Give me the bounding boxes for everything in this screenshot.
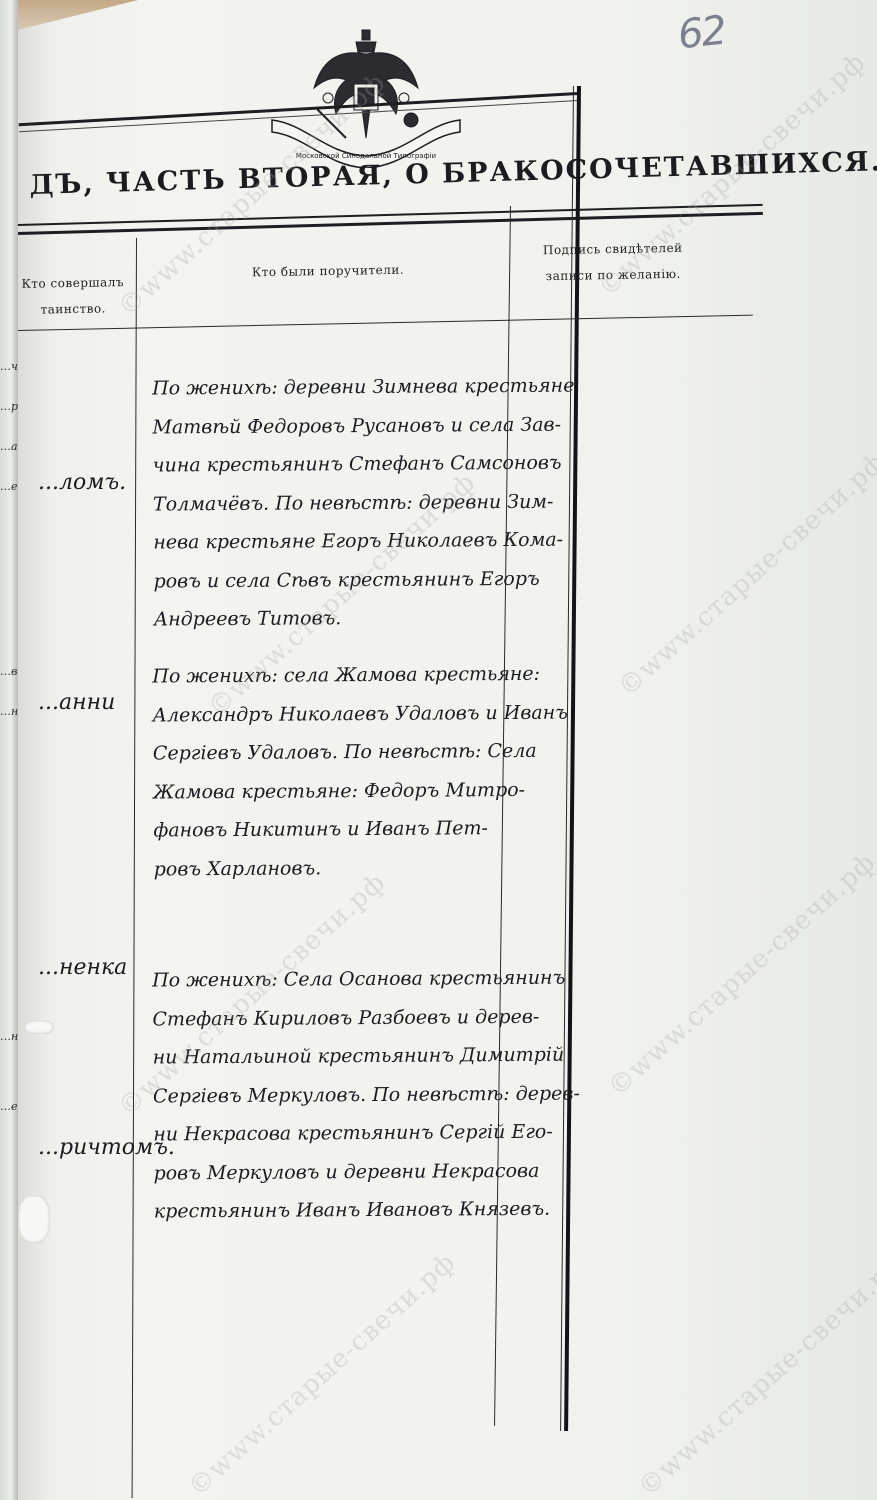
previous-page-fragment: …рбв [0,400,18,413]
officiant-note: ...анни [38,690,115,715]
watermark: ©www.старые-свечи.рф [633,1247,877,1500]
column-header-officiant: Кто совершалъ таинство. [18,269,129,323]
guarantor-entry-1: По женихѣ: деревни Зимнева крестьяне Мат… [152,367,584,639]
register-page: 62 Московской Синодальной Типографіи ДЪ,… [18,0,877,1500]
guarantor-entry-2: По женихѣ: села Жамова крестьяне: Алекса… [152,655,584,889]
previous-page-fragment: …еса [0,1100,18,1113]
previous-page-edge: …чно …рбв …ано …ест …вдо …ня …на …еса [0,0,18,1500]
previous-page-fragment: …ано [0,440,18,453]
column-header-witness-signatures: Подпись свидѣтелей записи по желанію. [518,234,709,289]
page-number: 62 [676,8,727,59]
column-divider [132,238,137,1498]
previous-page-fragment: …на [0,1030,18,1043]
watermark: ©www.старые-свечи.рф [603,847,877,1102]
paper-tear [24,1020,54,1034]
previous-page-fragment: …ест [0,480,18,493]
previous-page-fragment: …вдо [0,665,18,678]
previous-page-fragment: …ня [0,705,18,718]
title-rule [18,204,763,235]
watermark: ©www.старые-свечи.рф [183,1247,462,1500]
officiant-note: ...ломъ. [38,470,126,495]
officiant-note: ...ненка [38,955,127,980]
guarantor-entry-3: По женихѣ: Села Осанова крестьянинъ Стеф… [152,959,584,1231]
previous-page-fragment: …чно [0,360,18,373]
paper-tear [18,1195,50,1243]
column-header-guarantors: Кто были поручители. [153,255,503,287]
watermark: ©www.старые-свечи.рф [613,447,877,702]
double-headed-eagle-emblem-icon: Московской Синодальной Типографіи [266,28,466,168]
